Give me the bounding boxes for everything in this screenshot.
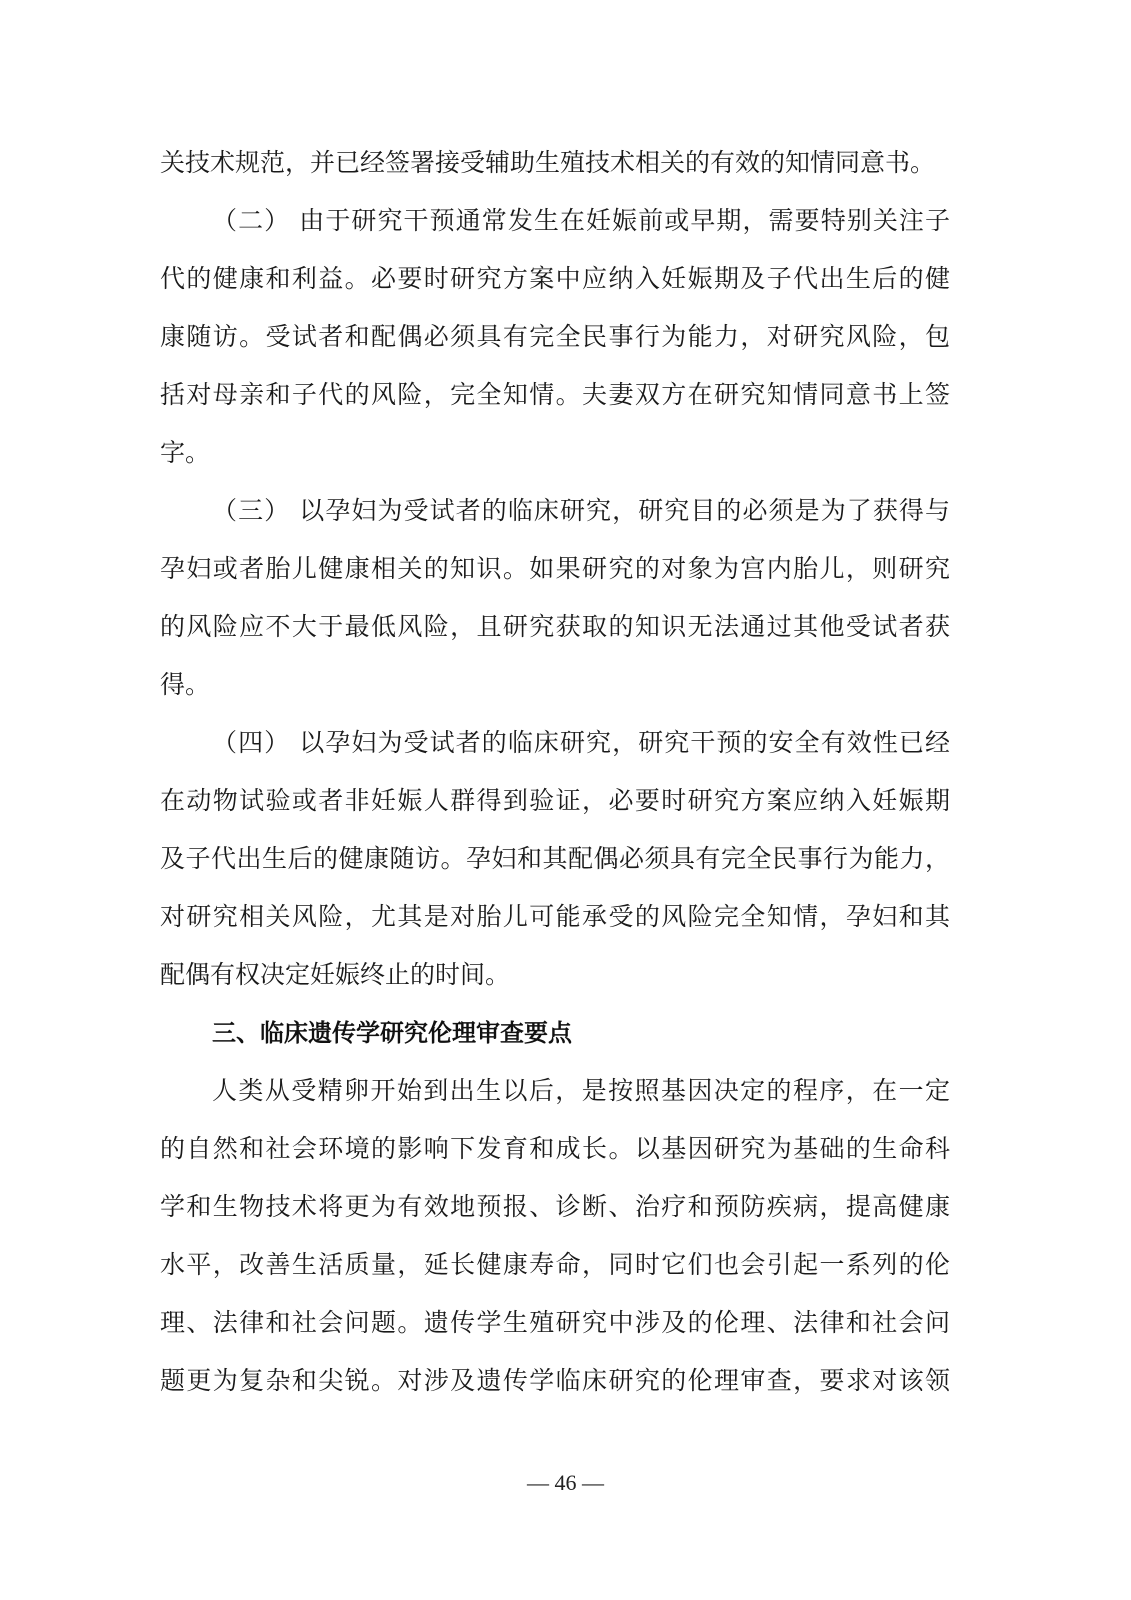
document-page: 关技术规范，并已经签署接受辅助生殖技术相关的有效的知情同意书。（二） 由于研究干… [0, 0, 1131, 1600]
text-line: 题更为复杂和尖锐。对涉及遗传学临床研究的伦理审查，要求对该领 [160, 1366, 950, 1396]
text-line: 得。 [160, 670, 950, 700]
text-line: 配偶有权决定妊娠终止的时间。 [160, 960, 950, 990]
text-line: （四） 以孕妇为受试者的临床研究，研究干预的安全有效性已经 [212, 728, 950, 758]
text-line: （三） 以孕妇为受试者的临床研究，研究目的必须是为了获得与 [212, 496, 950, 526]
text-line: 括对母亲和子代的风险，完全知情。夫妻双方在研究知情同意书上签 [160, 380, 950, 410]
text-line: 人类从受精卵开始到出生以后，是按照基因决定的程序，在一定 [212, 1076, 950, 1106]
text-line: 理、法律和社会问题。遗传学生殖研究中涉及的伦理、法律和社会问 [160, 1308, 950, 1338]
text-line: 康随访。受试者和配偶必须具有完全民事行为能力，对研究风险，包 [160, 322, 950, 352]
text-line: 对研究相关风险，尤其是对胎儿可能承受的风险完全知情，孕妇和其 [160, 902, 950, 932]
page-number: — 46 — [0, 1470, 1131, 1496]
text-line: 的风险应不大于最低风险，且研究获取的知识无法通过其他受试者获 [160, 612, 950, 642]
text-line: （二） 由于研究干预通常发生在妊娠前或早期，需要特别关注子 [212, 206, 950, 236]
text-line: 字。 [160, 438, 950, 468]
text-line: 学和生物技术将更为有效地预报、诊断、治疗和预防疾病，提高健康 [160, 1192, 950, 1222]
text-line: 及子代出生后的健康随访。孕妇和其配偶必须具有完全民事行为能力， [160, 844, 950, 874]
text-line: 孕妇或者胎儿健康相关的知识。如果研究的对象为宫内胎儿，则研究 [160, 554, 950, 584]
text-line: 的自然和社会环境的影响下发育和成长。以基因研究为基础的生命科 [160, 1134, 950, 1164]
text-line: 关技术规范，并已经签署接受辅助生殖技术相关的有效的知情同意书。 [160, 148, 950, 178]
section-heading: 三、临床遗传学研究伦理审查要点 [212, 1018, 572, 1048]
text-line: 水平，改善生活质量，延长健康寿命，同时它们也会引起一系列的伦 [160, 1250, 950, 1280]
text-line: 代的健康和利益。必要时研究方案中应纳入妊娠期及子代出生后的健 [160, 264, 950, 294]
text-line: 在动物试验或者非妊娠人群得到验证，必要时研究方案应纳入妊娠期 [160, 786, 950, 816]
